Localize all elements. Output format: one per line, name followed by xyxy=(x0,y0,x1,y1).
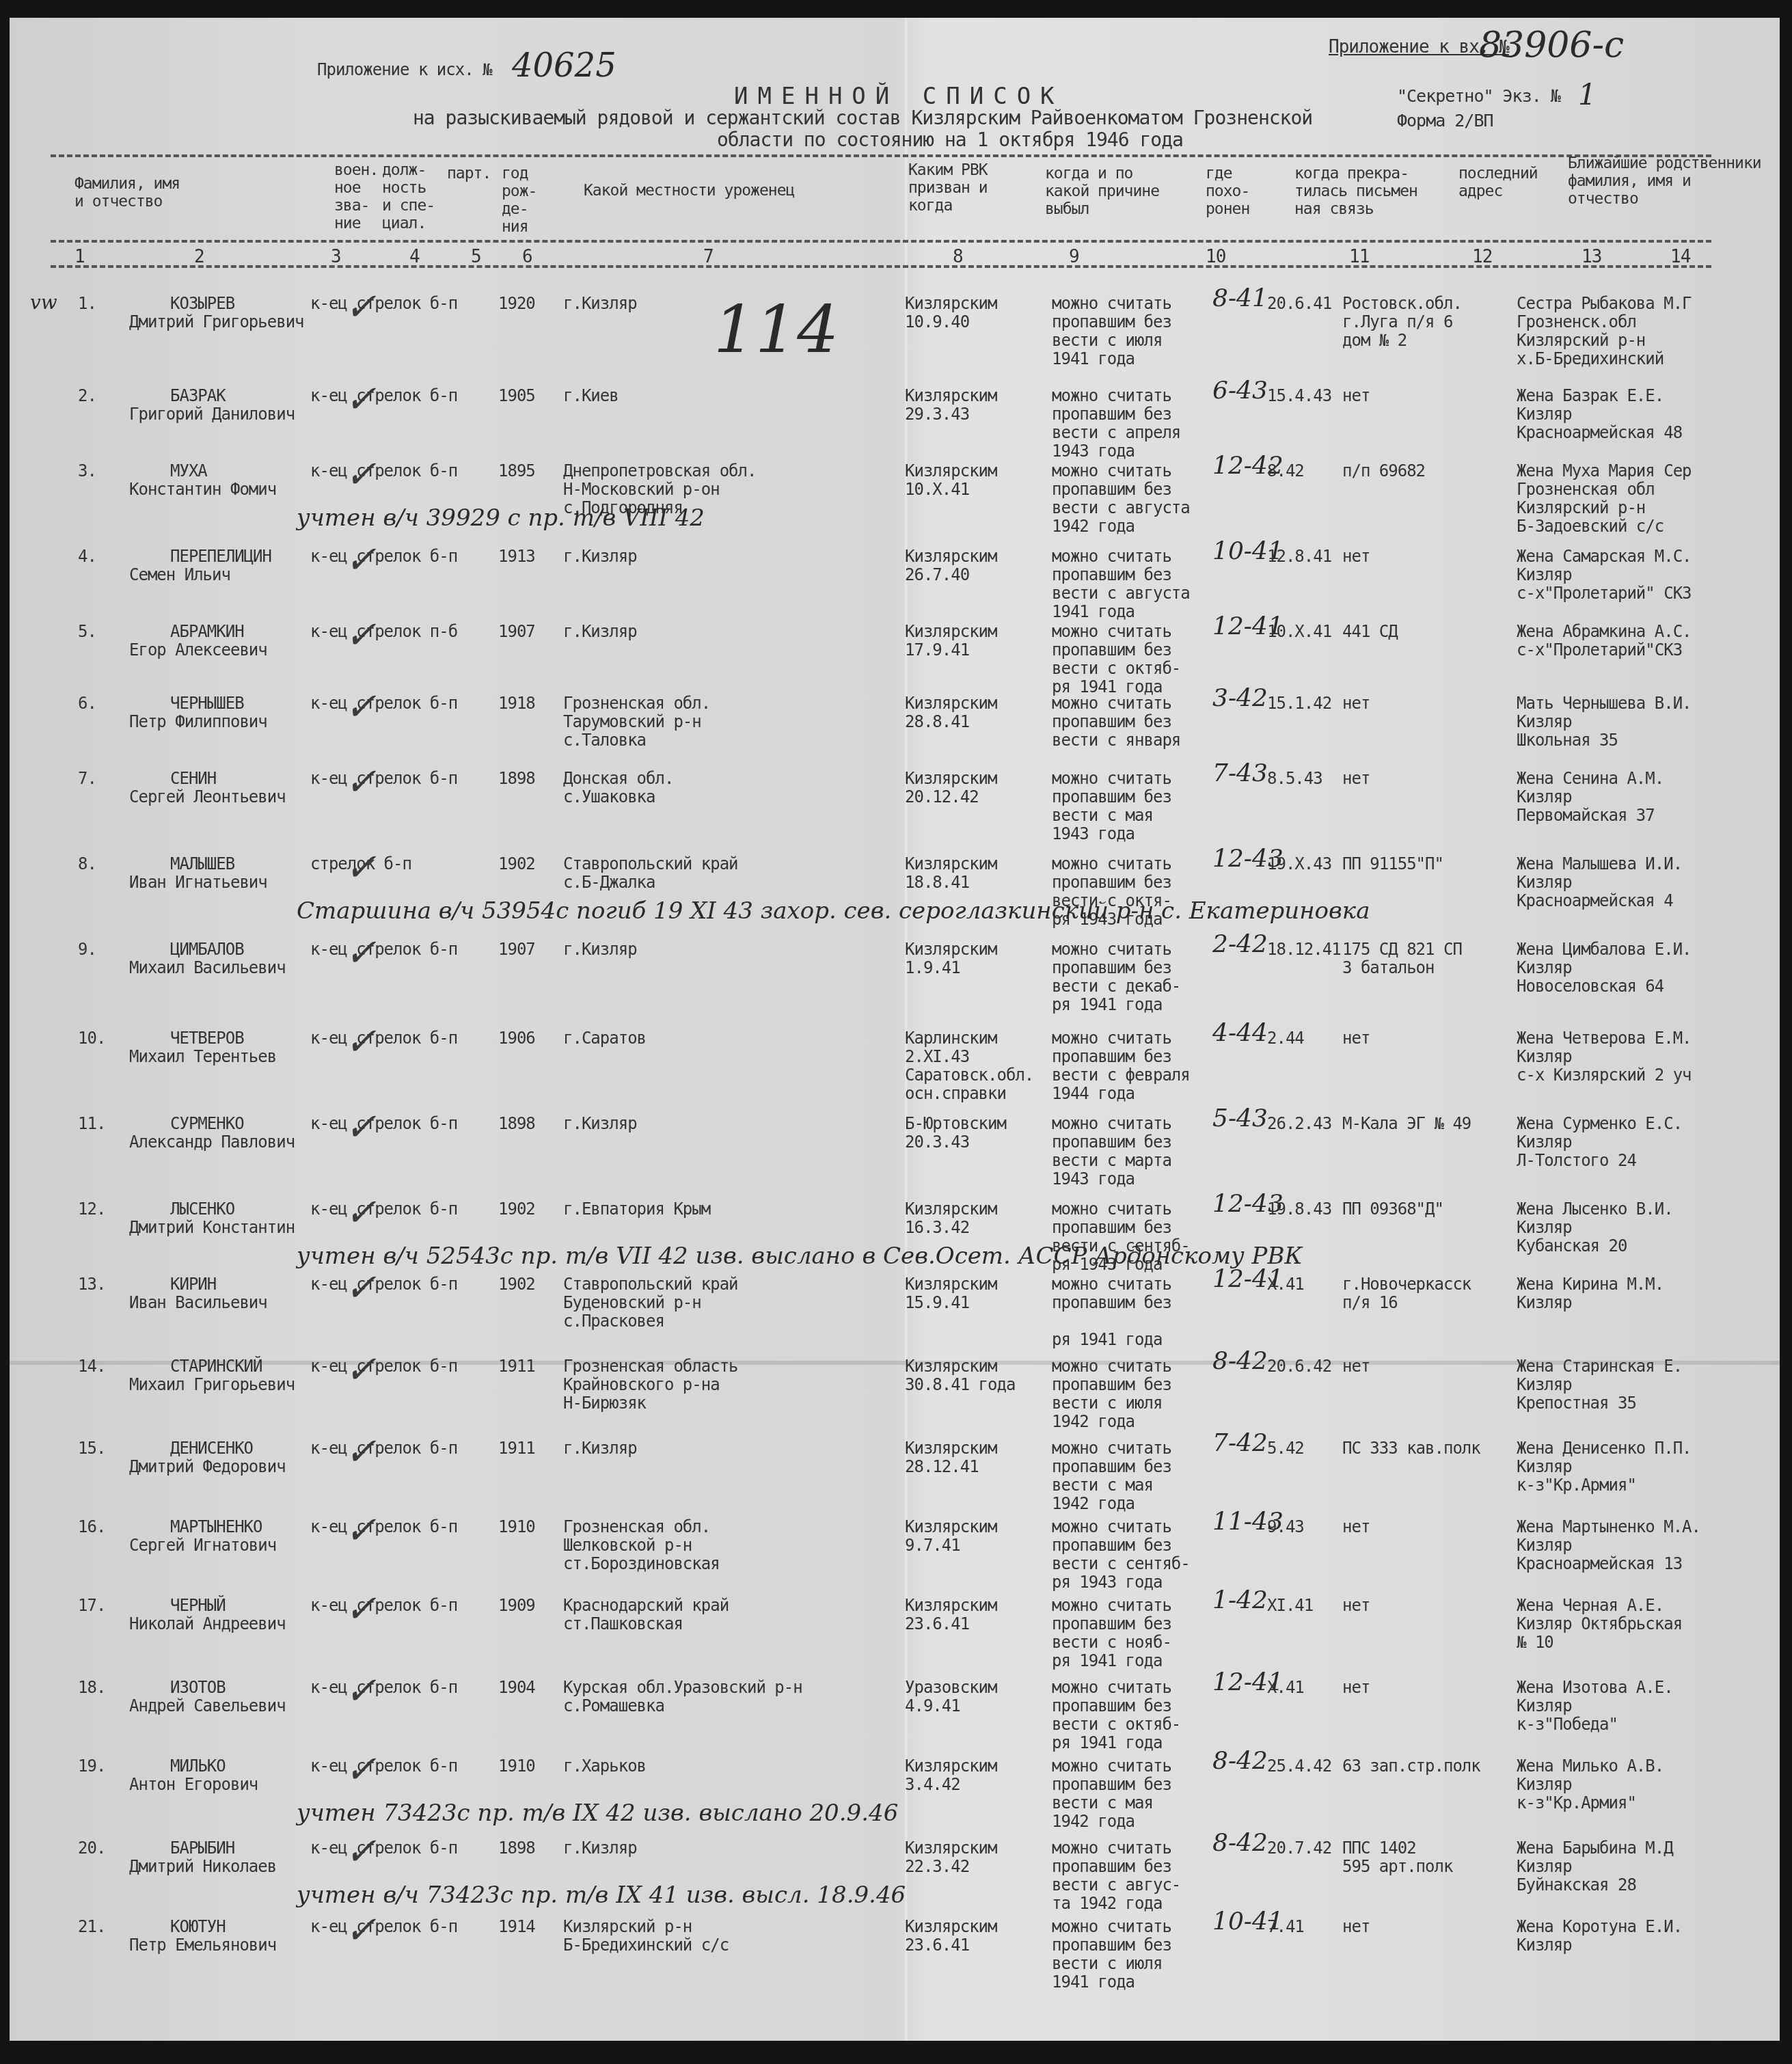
last-address: нет xyxy=(1342,770,1370,788)
last-address: 63 зап.стр.полк xyxy=(1342,1757,1480,1776)
birthplace: г.Кизляр xyxy=(563,623,637,641)
birthplace: г.Кизляр xyxy=(563,940,637,959)
margin-mark: vw xyxy=(30,291,57,314)
rank-position: к-ец стрелок б-п xyxy=(310,940,457,959)
checkmark-icon: ✓ xyxy=(344,1508,377,1553)
missing-reason: можно считать пропавшим без вести с дека… xyxy=(1052,940,1180,1014)
missing-reason: можно считать пропавшим без вести с авгу… xyxy=(1052,1839,1180,1913)
soldier-name: СУРМЕНКОАлександр Павлович xyxy=(129,1115,295,1152)
draft-office: Кизлярским 30.8.41 года xyxy=(905,1357,1015,1394)
row-number: 9. xyxy=(78,940,96,959)
checkmark-icon: ✓ xyxy=(344,1430,377,1474)
checkmark-icon: ✓ xyxy=(344,377,377,422)
column-header-9: когда и по какой причине выбыл xyxy=(1045,165,1159,218)
row-number: 15. xyxy=(78,1439,105,1458)
draft-office: Кизлярским 28.8.41 xyxy=(905,694,997,731)
soldier-name: ДЕНИСЕНКОДмитрий Федорович xyxy=(129,1439,286,1476)
row-number: 2. xyxy=(78,387,96,405)
column-header-4: долж- ность и спе- циал. xyxy=(382,161,435,232)
last-letter-date: 12.8.41 xyxy=(1267,547,1331,566)
birthplace: Ставропольский край Буденовский р-н с.Пр… xyxy=(563,1275,738,1331)
surname: СЕНИН xyxy=(129,770,286,788)
rank-position: к-ец стрелок б-п xyxy=(310,770,457,788)
soldier-name: ЛЫСЕНКОДмитрий Константин xyxy=(129,1200,295,1237)
column-number-14: 14 xyxy=(1670,247,1690,267)
handwritten-annotation: учтен в/ч 52543с пр. т/в VII 42 изв. выс… xyxy=(297,1243,1303,1270)
rank-position: к-ец стрелок п-б xyxy=(310,623,457,641)
surname: ДЕНИСЕНКО xyxy=(129,1439,286,1458)
checkmark-icon: ✓ xyxy=(344,1020,377,1064)
given-names: Петр Филиппович xyxy=(129,713,267,731)
column-number-3: 3 xyxy=(331,247,341,267)
handwritten-annotation: учтен в/ч 73423с пр. т/в IX 41 изв. высл… xyxy=(297,1882,906,1909)
handwritten-date-mark: 7-42 xyxy=(1212,1434,1268,1452)
soldier-name: БАЗРАКГригорий Данилович xyxy=(129,387,295,424)
next-of-kin: Жена Старинская Е. Кизляр Крепостная 35 xyxy=(1517,1357,1682,1413)
handwritten-corner-mark: 114 xyxy=(714,291,839,368)
last-letter-date: 2.44 xyxy=(1267,1029,1304,1048)
row-number: 17. xyxy=(78,1597,105,1615)
birth-year: 1918 xyxy=(498,694,535,713)
rank-position: к-ец стрелок б-п xyxy=(310,1275,457,1294)
last-address: 175 СД 821 СП 3 батальон xyxy=(1342,940,1462,977)
checkmark-icon: ✓ xyxy=(344,1348,377,1392)
next-of-kin: Жена Муха Мария Сер Грозненская обл Кизл… xyxy=(1517,462,1692,536)
surname: МАРТЫНЕНКО xyxy=(129,1518,276,1536)
rank-position: к-ец стрелок б-п xyxy=(310,1679,457,1697)
rank-position: к-ец стрелок б-п xyxy=(310,1029,457,1048)
row-number: 10. xyxy=(78,1029,105,1048)
soldier-name: МАРТЫНЕНКОСергей Игнатович xyxy=(129,1518,276,1555)
rank-position: к-ец стрелок б-п xyxy=(310,547,457,566)
last-address: ПП 09368"Д" xyxy=(1342,1200,1443,1219)
surname: ЦИМБАЛОВ xyxy=(129,940,286,959)
birthplace: г.Харьков xyxy=(563,1757,646,1776)
soldier-name: СТАРИНСКИЙМихаил Григорьевич xyxy=(129,1357,295,1394)
handwritten-date-mark: 4-44 xyxy=(1212,1024,1268,1042)
column-number-4: 4 xyxy=(409,247,420,267)
surname: СУРМЕНКО xyxy=(129,1115,295,1133)
document-sheet: Приложение к исх. № 40625 Приложение к в… xyxy=(10,18,1780,2041)
soldier-name: ИЗОТОВАндрей Савельевич xyxy=(129,1679,286,1715)
birthplace: г.Кизляр xyxy=(563,547,637,566)
surname: СТАРИНСКИЙ xyxy=(129,1357,295,1376)
row-number: 16. xyxy=(78,1518,105,1536)
annex-right-number: 83906-с xyxy=(1479,25,1624,66)
birthplace: Краснодарский край ст.Пашковская xyxy=(563,1597,729,1633)
checkmark-icon: ✓ xyxy=(344,1105,377,1150)
birth-year: 1907 xyxy=(498,940,535,959)
missing-reason: можно считать пропавшим без вести с мая … xyxy=(1052,1757,1171,1831)
soldier-name: ЧЕТВЕРОВМихаил Терентьев xyxy=(129,1029,276,1066)
last-address: ПП 91155"П" xyxy=(1342,855,1443,873)
next-of-kin: Сестра Рыбакова М.Г Грозненск.обл Кизляр… xyxy=(1517,295,1692,368)
birthplace: Курская обл.Уразовский р-н с.Ромашевка xyxy=(563,1679,802,1715)
checkmark-icon: ✓ xyxy=(344,1748,377,1792)
given-names: Александр Павлович xyxy=(129,1133,295,1152)
column-number-12: 12 xyxy=(1472,247,1492,267)
row-number: 7. xyxy=(78,770,96,788)
next-of-kin: Жена Малышева И.И. Кизляр Красноармейска… xyxy=(1517,855,1682,910)
handwritten-annotation: Старшина в/ч 53954с погиб 19 XI 43 захор… xyxy=(297,897,1370,925)
surname: ЛЫСЕНКО xyxy=(129,1200,295,1219)
next-of-kin: Жена Самарская М.С. Кизляр с-х"Пролетари… xyxy=(1517,547,1692,603)
last-address: нет xyxy=(1342,1597,1370,1615)
draft-office: Кизлярским 1.9.41 xyxy=(905,940,997,977)
given-names: Иван Васильевич xyxy=(129,1294,267,1312)
row-number: 18. xyxy=(78,1679,105,1697)
last-letter-date: 19.X.43 xyxy=(1267,855,1331,873)
last-address: нет xyxy=(1342,1918,1370,1936)
rank-position: к-ец стрелок б-п xyxy=(310,694,457,713)
last-address: ПС 333 кав.полк xyxy=(1342,1439,1480,1458)
rank-position: к-ец стрелок б-п xyxy=(310,462,457,480)
birth-year: 1911 xyxy=(498,1439,535,1458)
checkmark-icon: ✓ xyxy=(344,538,377,582)
checkmark-icon: ✓ xyxy=(344,1830,377,1874)
draft-office: Кизлярским 20.12.42 xyxy=(905,770,997,806)
next-of-kin: Жена Кирина М.М. Кизляр xyxy=(1517,1275,1664,1312)
soldier-name: ЧЕРНЫЙНиколай Андреевич xyxy=(129,1597,286,1633)
last-address: нет xyxy=(1342,547,1370,566)
last-letter-date: 7.41 xyxy=(1267,1918,1304,1936)
handwritten-date-mark: 7-43 xyxy=(1212,764,1268,783)
rank-position: к-ец стрелок б-п xyxy=(310,1757,457,1776)
surname: КОЗЫРЕВ xyxy=(129,295,304,313)
given-names: Сергей Игнатович xyxy=(129,1536,276,1555)
surname: КИРИН xyxy=(129,1275,267,1294)
rank-position: к-ец стрелок б-п xyxy=(310,295,457,313)
birth-year: 1905 xyxy=(498,387,535,405)
birth-year: 1904 xyxy=(498,1679,535,1697)
birth-year: 1898 xyxy=(498,770,535,788)
last-address: Ростовск.обл. г.Луга п/я 6 дом № 2 xyxy=(1342,295,1462,350)
column-header-13: Ближайшие родственники фамилия, имя и от… xyxy=(1568,154,1761,208)
birthplace: г.Саратов xyxy=(563,1029,646,1048)
given-names: Константин Фомич xyxy=(129,480,276,499)
missing-reason: можно считать пропавшим без вести с июля… xyxy=(1052,1918,1171,1992)
surname: АБРАМКИН xyxy=(129,623,267,641)
last-letter-date: 9.43 xyxy=(1267,1518,1304,1536)
birthplace: Донская обл. с.Ушаковка xyxy=(563,770,673,806)
birth-year: 1911 xyxy=(498,1357,535,1376)
last-letter-date: 8.5.43 xyxy=(1267,770,1322,788)
checkmark-icon: ✓ xyxy=(344,931,377,975)
birth-year: 1906 xyxy=(498,1029,535,1048)
handwritten-date-mark: 2-42 xyxy=(1212,935,1268,953)
draft-office: Кизлярским 23.6.41 xyxy=(905,1918,997,1955)
missing-reason: можно считать пропавшим без вести с октя… xyxy=(1052,623,1180,696)
missing-reason: можно считать пропавшим без вести с июля… xyxy=(1052,1357,1171,1431)
surname: МАЛЫШЕВ xyxy=(129,855,267,873)
birthplace: г.Евпатория Крым xyxy=(563,1200,710,1219)
given-names: Михаил Терентьев xyxy=(129,1048,276,1066)
column-number-2: 2 xyxy=(194,247,204,267)
next-of-kin: Жена Милько А.В. Кизляр к-з"Кр.Армия" xyxy=(1517,1757,1664,1812)
birth-year: 1902 xyxy=(498,1200,535,1219)
given-names: Антон Егорович xyxy=(129,1776,258,1794)
handwritten-date-mark: 6-43 xyxy=(1212,381,1268,400)
surname: КОЮТУН xyxy=(129,1918,276,1936)
given-names: Егор Алексеевич xyxy=(129,641,267,660)
surname: ЧЕРНЫШЕВ xyxy=(129,694,267,713)
birth-year: 1910 xyxy=(498,1757,535,1776)
column-number-11: 11 xyxy=(1349,247,1369,267)
last-letter-date: 5.42 xyxy=(1267,1439,1304,1458)
draft-office: Кизлярским 18.8.41 xyxy=(905,855,997,892)
handwritten-date-mark: 8-42 xyxy=(1212,1834,1268,1852)
rank-position: к-ец стрелок б-п xyxy=(310,1439,457,1458)
birthplace: г.Кизляр xyxy=(563,1839,637,1858)
checkmark-icon: ✓ xyxy=(344,845,377,890)
rank-position: к-ец стрелок б-п xyxy=(310,1518,457,1536)
divider xyxy=(51,240,1711,243)
last-address: нет xyxy=(1342,1518,1370,1536)
given-names: Михаил Григорьевич xyxy=(129,1376,295,1394)
page-title: ИМЕННОЙ СПИСОК xyxy=(734,83,1064,110)
row-number: 8. xyxy=(78,855,96,873)
given-names: Дмитрий Константин xyxy=(129,1219,295,1237)
row-number: 19. xyxy=(78,1757,105,1776)
column-number-9: 9 xyxy=(1069,247,1079,267)
surname: ПЕРЕПЕЛИЦИН xyxy=(129,547,271,566)
given-names: Дмитрий Федорович xyxy=(129,1458,286,1476)
rank-position: к-ец стрелок б-п xyxy=(310,1115,457,1133)
missing-reason: можно считать пропавшим без вести с июля… xyxy=(1052,295,1171,368)
missing-reason: можно считать пропавшим без вести с апре… xyxy=(1052,387,1180,461)
handwritten-date-mark: 8-41 xyxy=(1212,289,1268,308)
last-letter-date: 15.1.42 xyxy=(1267,694,1331,713)
rank-position: к-ец стрелок б-п xyxy=(310,1839,457,1858)
row-number: 5. xyxy=(78,623,96,641)
draft-office: Кизлярским 15.9.41 xyxy=(905,1275,997,1312)
draft-office: Кизлярским 28.12.41 xyxy=(905,1439,997,1476)
last-letter-date: 26.2.43 xyxy=(1267,1115,1331,1133)
column-header-6: год рож- де- ния xyxy=(502,165,537,236)
row-number: 13. xyxy=(78,1275,105,1294)
birth-year: 1902 xyxy=(498,855,535,873)
missing-reason: можно считать пропавшим без вести с мая … xyxy=(1052,1439,1171,1513)
birth-year: 1910 xyxy=(498,1518,535,1536)
birthplace: Грозненская область Крайновского р-на Н-… xyxy=(563,1357,738,1413)
birthplace: Ставропольский край с.Б-Джалка xyxy=(563,855,738,892)
missing-reason: можно считать пропавшим без вести с мая … xyxy=(1052,770,1171,843)
rank-position: к-ец стрелок б-п xyxy=(310,387,457,405)
row-number: 12. xyxy=(78,1200,105,1219)
last-address: нет xyxy=(1342,387,1370,405)
birth-year: 1898 xyxy=(498,1115,535,1133)
handwritten-date-mark: 5-43 xyxy=(1212,1109,1268,1128)
last-letter-date: 18.12.41 xyxy=(1267,940,1341,959)
last-address: 441 СД xyxy=(1342,623,1398,641)
given-names: Сергей Леонтьевич xyxy=(129,788,286,806)
column-header-5: парт. xyxy=(447,165,491,182)
checkmark-icon: ✓ xyxy=(344,1191,377,1235)
column-number-7: 7 xyxy=(703,247,714,267)
given-names: Иван Игнатьевич xyxy=(129,873,267,892)
next-of-kin: Жена Базрак Е.Е. Кизляр Красноармейская … xyxy=(1517,387,1682,442)
draft-office: Карлинским 2.XI.43 Саратовск.обл. осн.сп… xyxy=(905,1029,1033,1103)
last-address: нет xyxy=(1342,1357,1370,1376)
form-label: Форма 2/ВП xyxy=(1397,111,1493,131)
birth-year: 1909 xyxy=(498,1597,535,1615)
last-letter-date: 8.42 xyxy=(1267,462,1304,480)
column-header-12: последний адрес xyxy=(1458,165,1538,200)
column-header-11: когда прекра- тилась письмен ная связь xyxy=(1294,165,1417,218)
given-names: Семен Ильич xyxy=(129,566,271,584)
row-number: 1. xyxy=(78,295,96,313)
missing-reason: можно считать пропавшим без вести с янва… xyxy=(1052,694,1180,750)
birthplace: г.Кизляр xyxy=(563,1439,637,1458)
handwritten-date-mark: 8-42 xyxy=(1212,1752,1268,1770)
given-names: Михаил Васильевич xyxy=(129,959,286,977)
page-subtitle-date: области по состоянию на 1 октября 1946 г… xyxy=(717,128,1183,151)
birthplace: г.Киев xyxy=(563,387,619,405)
column-header-2: Фамилия, имя и отчество xyxy=(74,175,180,211)
handwritten-date-mark: 1-42 xyxy=(1212,1591,1268,1610)
handwritten-annotation: учтен в/ч 39929 с пр. т/в VIII 42 xyxy=(297,504,705,532)
missing-reason: можно считать пропавшим без вести с сент… xyxy=(1052,1518,1190,1592)
birth-year: 1895 xyxy=(498,462,535,480)
checkmark-icon: ✓ xyxy=(344,760,377,804)
birthplace: Кизлярский р-н Б-Бредихинский с/с xyxy=(563,1918,729,1955)
birth-year: 1898 xyxy=(498,1839,535,1858)
rank-position: к-ец стрелок б-п xyxy=(310,1918,457,1936)
secret-label: "Секретно" Экз. № xyxy=(1397,86,1560,106)
next-of-kin: Жена Сурменко Е.С. Кизляр Л-Толстого 24 xyxy=(1517,1115,1682,1170)
draft-office: Кизлярским 23.6.41 xyxy=(905,1597,997,1633)
draft-office: Кизлярским 3.4.42 xyxy=(905,1757,997,1794)
checkmark-icon: ✓ xyxy=(344,285,377,329)
soldier-name: БАРЫБИНДмитрий Николаев xyxy=(129,1839,276,1876)
annex-left-label: Приложение к исх. № xyxy=(317,60,492,79)
missing-reason: можно считать пропавшим без вести с февр… xyxy=(1052,1029,1190,1103)
next-of-kin: Мать Чернышева В.И. Кизляр Школьная 35 xyxy=(1517,694,1692,750)
column-number-5: 5 xyxy=(471,247,481,267)
missing-reason: можно считать пропавшим без вести с нояб… xyxy=(1052,1597,1171,1670)
next-of-kin: Жена Денисенко П.П. Кизляр к-з"Кр.Армия" xyxy=(1517,1439,1692,1495)
next-of-kin: Жена Изотова А.Е. Кизляр к-з"Победа" xyxy=(1517,1679,1673,1734)
row-number: 3. xyxy=(78,462,96,480)
soldier-name: ПЕРЕПЕЛИЦИНСемен Ильич xyxy=(129,547,271,584)
row-number: 4. xyxy=(78,547,96,566)
last-letter-date: 19.8.43 xyxy=(1267,1200,1331,1219)
next-of-kin: Жена Абрамкина А.С. с-х"Пролетарий"СКЗ xyxy=(1517,623,1692,660)
last-letter-date: X.41 xyxy=(1267,1679,1304,1697)
row-number: 11. xyxy=(78,1115,105,1133)
surname: ЧЕТВЕРОВ xyxy=(129,1029,276,1048)
last-letter-date: 20.7.42 xyxy=(1267,1839,1331,1858)
next-of-kin: Жена Цимбалова Е.И. Кизляр Новоселовская… xyxy=(1517,940,1692,996)
annex-left-number: 40625 xyxy=(512,46,616,85)
divider xyxy=(51,265,1711,268)
draft-office: Кизлярским 26.7.40 xyxy=(905,547,997,584)
next-of-kin: Жена Барыбина М.Д Кизляр Буйнакская 28 xyxy=(1517,1839,1673,1895)
column-number-8: 8 xyxy=(953,247,963,267)
given-names: Дмитрий Григорьевич xyxy=(129,313,304,331)
row-number: 20. xyxy=(78,1839,105,1858)
row-number: 14. xyxy=(78,1357,105,1376)
draft-office: Кизлярским 10.X.41 xyxy=(905,462,997,499)
row-number: 6. xyxy=(78,694,96,713)
rank-position: к-ец стрелок б-п xyxy=(310,1357,457,1376)
last-address: г.Новочеркасск п/я 16 xyxy=(1342,1275,1471,1312)
column-number-13: 13 xyxy=(1581,247,1601,267)
given-names: Григорий Данилович xyxy=(129,405,295,424)
birth-year: 1914 xyxy=(498,1918,535,1936)
surname: БАЗРАК xyxy=(129,387,295,405)
missing-reason: можно считать пропавшим без вести с авгу… xyxy=(1052,547,1190,621)
draft-office: Кизлярским 16.3.42 xyxy=(905,1200,997,1237)
draft-office: Б-Юртовским 20.3.43 xyxy=(905,1115,1006,1152)
birth-year: 1920 xyxy=(498,295,535,313)
column-number-6: 6 xyxy=(522,247,532,267)
given-names: Дмитрий Николаев xyxy=(129,1858,276,1876)
next-of-kin: Жена Мартыненко М.А. Кизляр Красноармейс… xyxy=(1517,1518,1700,1573)
next-of-kin: Жена Сенина А.М. Кизляр Первомайская 37 xyxy=(1517,770,1664,825)
last-address: М-Кала ЭГ № 49 xyxy=(1342,1115,1471,1133)
given-names: Андрей Савельевич xyxy=(129,1697,286,1715)
checkmark-icon: ✓ xyxy=(344,1587,377,1631)
soldier-name: ЧЕРНЫШЕВПетр Филиппович xyxy=(129,694,267,731)
birth-year: 1907 xyxy=(498,623,535,641)
handwritten-date-mark: 8-42 xyxy=(1212,1352,1268,1370)
checkmark-icon: ✓ xyxy=(344,1669,377,1713)
last-letter-date: 20.6.42 xyxy=(1267,1357,1331,1376)
last-letter-date: 15.4.43 xyxy=(1267,387,1331,405)
checkmark-icon: ✓ xyxy=(344,685,377,729)
birthplace: Грозненская обл. Тарумовский р-н с.Талов… xyxy=(563,694,710,750)
column-header-3: воен. ное зва- ние xyxy=(334,161,378,232)
checkmark-icon: ✓ xyxy=(344,1908,377,1953)
missing-reason: можно считать пропавшим без вести с март… xyxy=(1052,1115,1171,1189)
surname: МУХА xyxy=(129,462,276,480)
divider xyxy=(51,154,1711,157)
checkmark-icon: ✓ xyxy=(344,452,377,497)
next-of-kin: Жена Коротуна Е.И. Кизляр xyxy=(1517,1918,1682,1955)
birth-year: 1913 xyxy=(498,547,535,566)
last-letter-date: 25.4.42 xyxy=(1267,1757,1331,1776)
given-names: Николай Андреевич xyxy=(129,1615,286,1633)
birthplace: г.Кизляр xyxy=(563,295,637,313)
last-letter-date: 10.X.41 xyxy=(1267,623,1331,641)
rank-position: к-ец стрелок б-п xyxy=(310,1597,457,1615)
draft-office: Кизлярским 22.3.42 xyxy=(905,1839,997,1876)
checkmark-icon: ✓ xyxy=(344,613,377,657)
surname: БАРЫБИН xyxy=(129,1839,276,1858)
next-of-kin: Жена Черная А.Е. Кизляр Октябрьская № 10 xyxy=(1517,1597,1682,1652)
column-number-10: 10 xyxy=(1206,247,1225,267)
soldier-name: МУХАКонстантин Фомич xyxy=(129,462,276,499)
last-letter-date: XI.41 xyxy=(1267,1597,1313,1615)
birth-year: 1902 xyxy=(498,1275,535,1294)
draft-office: Кизлярским 29.3.43 xyxy=(905,387,997,424)
missing-reason: можно считать пропавшим без ря 1941 года xyxy=(1052,1275,1171,1349)
page-subtitle: на разыскиваемый рядовой и сержантский с… xyxy=(413,107,1312,129)
missing-reason: можно считать пропавшим без вести с авгу… xyxy=(1052,462,1190,536)
handwritten-date-mark: 3-42 xyxy=(1212,689,1268,707)
last-address: нет xyxy=(1342,694,1370,713)
checkmark-icon: ✓ xyxy=(344,1266,377,1310)
column-header-10: где похо- ронен xyxy=(1206,165,1249,218)
soldier-name: КИРИНИван Васильевич xyxy=(129,1275,267,1312)
column-number-1: 1 xyxy=(74,247,85,267)
next-of-kin: Жена Четверова Е.М. Кизляр с-х Кизлярски… xyxy=(1517,1029,1692,1085)
next-of-kin: Жена Лысенко В.И. Кизляр Кубанская 20 xyxy=(1517,1200,1673,1255)
last-address: нет xyxy=(1342,1679,1370,1697)
last-letter-date: X.41 xyxy=(1267,1275,1304,1294)
soldier-name: МИЛЬКОАнтон Егорович xyxy=(129,1757,258,1794)
